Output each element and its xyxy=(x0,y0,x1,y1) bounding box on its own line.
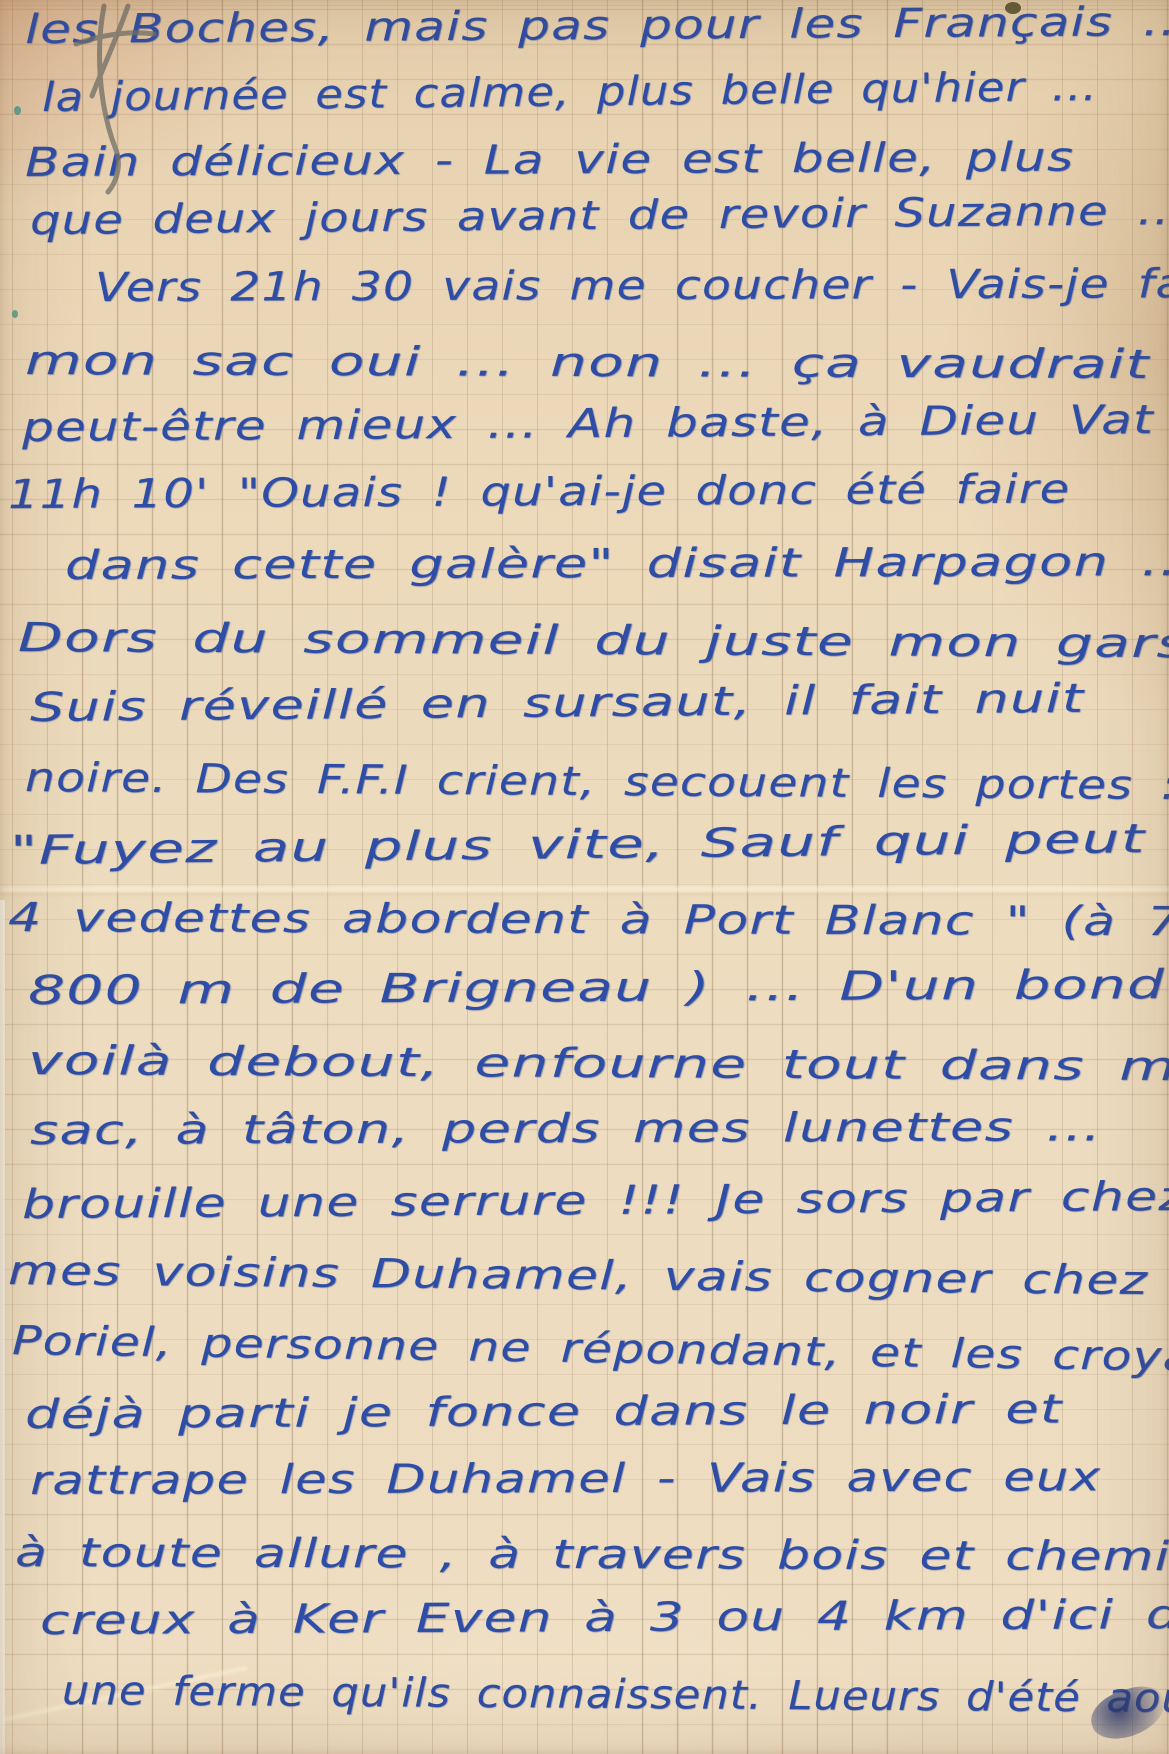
ink-blot-top xyxy=(1005,2,1021,14)
handwritten-line-6: mon sac oui ... non ... ça vaudrait xyxy=(25,337,1150,389)
handwritten-line-5: Vers 21h 30 vais me coucher - Vais-je fa… xyxy=(95,260,1169,312)
scan-edge xyxy=(0,900,5,1754)
handwritten-line-11: Suis réveillé en sursaut, il fait nuit xyxy=(30,675,1085,732)
handwritten-line-18: brouille une serrure !!! Je sors par che… xyxy=(22,1173,1169,1229)
teal-speck-2 xyxy=(12,310,18,318)
handwritten-line-17: sac, à tâton, perds mes lunettes ... xyxy=(30,1103,1102,1155)
handwritten-line-9: dans cette galère" disait Harpagon ... xyxy=(65,538,1169,590)
handwritten-line-1: les Boches, mais pas pour les Français .… xyxy=(25,0,1169,54)
handwritten-line-23: à toute allure , à travers bois et chemi… xyxy=(15,1529,1169,1581)
handwritten-line-15: 800 m de Brigneau ) ... D'un bond me xyxy=(28,960,1169,1015)
handwritten-line-12: noire. Des F.F.I crient, secouent les po… xyxy=(25,754,1169,810)
handwritten-line-4: que deux jours avant de revoir Suzanne .… xyxy=(30,187,1169,245)
handwritten-line-16: voilà debout, enfourne tout dans mon xyxy=(28,1037,1169,1091)
pencil-mark xyxy=(58,0,188,200)
handwritten-line-7: peut-être mieux ... Ah baste, à Dieu Vat… xyxy=(22,396,1169,452)
handwritten-line-22: rattrape les Duhamel - Vais avec eux xyxy=(30,1453,1101,1505)
teal-speck-1 xyxy=(14,106,21,115)
handwritten-line-25: une ferme qu'ils connaissent. Lueurs d'é… xyxy=(62,1667,1169,1723)
letter-page: les Boches, mais pas pour les Français .… xyxy=(0,0,1169,1754)
handwritten-line-21: déjà parti je fonce dans le noir et xyxy=(25,1386,1063,1439)
handwritten-line-24: creux à Ker Even à 3 ou 4 km d'ici dans xyxy=(40,1591,1169,1645)
handwritten-line-14: 4 vedettes abordent à Port Blanc " (à 7 … xyxy=(8,894,1169,946)
handwritten-line-10: Dors du sommeil du juste mon gars ... xyxy=(18,614,1169,669)
handwritten-line-8: 11h 10' "Ouais ! qu'ai-je donc été faire xyxy=(8,465,1071,519)
